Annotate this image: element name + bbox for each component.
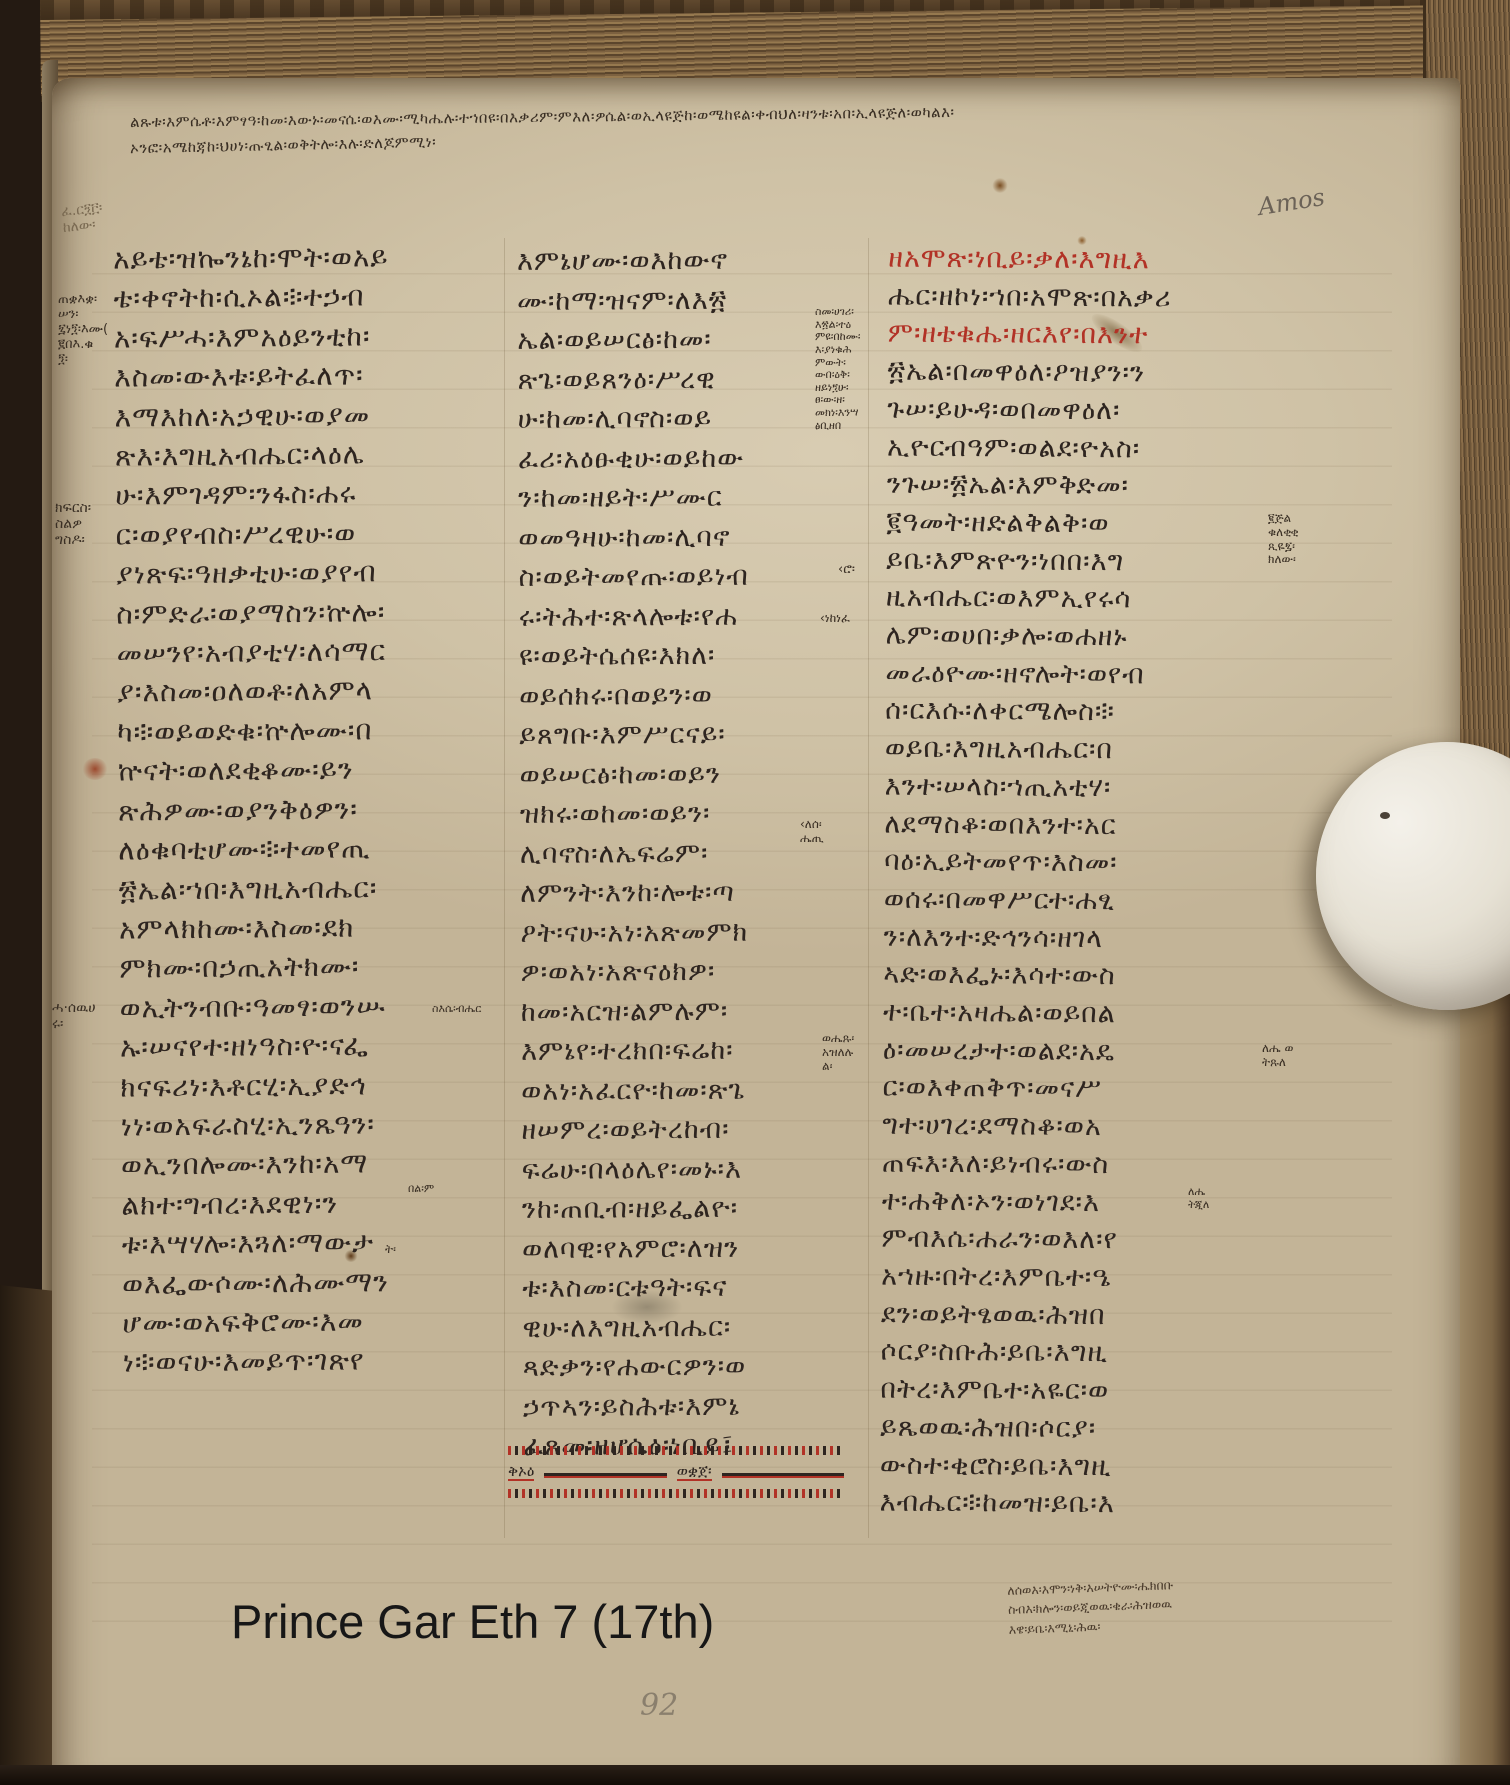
margin-note-line: ፪በእ.ቁ — [58, 338, 108, 353]
text-line: ወይሰክሩ፡በወይን፡ወ — [519, 675, 867, 716]
text-line: ኵናት፡ወለደቂቆሙ፡ይን — [117, 749, 489, 792]
caption-label: Prince Gar Eth 7 (17th) — [231, 1594, 714, 1649]
divider-label-right: ወቋጀ፡ — [677, 1464, 712, 1481]
margin-note-line: ጺዬ፯፡ — [1268, 540, 1299, 554]
text-column-1: አይቴ፡ዝኰንኔከ፡ሞት፡ወአይቴ፡ቀኖትከ፡ሲኦል፨ተኃብአ፡ፍሥሓ፡እምአዕ… — [113, 236, 495, 1382]
margin-note: በ኉ል፡ም — [408, 1183, 434, 1196]
text-line: ልክተ፡ግብረ፡እደዊነ፡ን — [121, 1182, 493, 1225]
margin-note-line: ወሔጹ፡ — [822, 1032, 854, 1046]
text-line: ፳ኤል፡በመዋዕለ፡ዖዝያን፡ን — [887, 353, 1291, 394]
margin-note-line: በ኉ል፡ም — [408, 1183, 434, 1196]
text-line: እብሔር፨ከመዝ፡ይቤ፡እ — [880, 1484, 1284, 1525]
text-line: ካ፨ወይወድቁ፡ኵሎሙ፡በ — [117, 709, 489, 752]
text-line: ባዕ፡ኢይትመየጥ፡እስመ፡ — [884, 843, 1288, 884]
glove-fleck — [1380, 812, 1390, 819]
manuscript-photo: ልጹቱ፡እምሴቶ፡እምፃዓ፡ከመ፡እውኑ፡መናሴ፡ወእሙ፡ሚካሔሉ፡ተኀበዩ፡በ… — [0, 0, 1510, 1785]
text-line: አ፡ፍሥሓ፡እምአዕይንቲከ፡ — [114, 315, 486, 358]
text-line: ወይሠርፅ፡ከመ፡ወይን — [519, 754, 867, 795]
margin-note-line: ፪ጅል — [1268, 512, 1299, 526]
text-line: አምላክከሙ፡እስመ፡ደክ — [119, 906, 491, 949]
text-line: ሌም፡ወሀበ፡ቃሎ፡ወሐዘኑ — [886, 617, 1290, 658]
margin-note-line: ውበ፡ዕቅ፡ — [815, 369, 861, 382]
text-line: ኃጥኣን፡ይስሕቱ፡እምኔ — [523, 1386, 871, 1427]
margin-note-line: ትጂለ — [1188, 1199, 1209, 1212]
column-guide-line — [504, 238, 505, 1538]
text-line: ዕ፡መሠረታተ፡ወልደ፡አዴ — [883, 1031, 1287, 1072]
margin-note-line: ቁለቂቂ — [1268, 526, 1299, 540]
text-line: ቱ፡እስመ፡ርቱዓት፡ፍና — [522, 1267, 870, 1308]
text-line: ን፡ለእንተ፡ድኅንሳ፡ዘገላ — [883, 918, 1287, 959]
text-line: እንተ፡ሠላስ፡ኀጢአቲሃ፡ — [885, 767, 1289, 808]
margin-note: ስእ዗ሴ፡ብሔር — [432, 1003, 481, 1016]
text-line: ኢዮርብዓም፡ወልደ፡ዮአስ፡ — [887, 428, 1291, 469]
divider-dot-row — [508, 1489, 844, 1498]
text-line: ሆሙ፡ወአፍቅሮሙ፡እመ — [122, 1300, 494, 1343]
margin-note: ‹ሮ፡ — [838, 563, 855, 578]
margin-note-line: ሓ·ሰዉሀ — [52, 1000, 96, 1016]
text-line: ስ፡ምድራ፡ወያማስን፡ኵሎ፡ — [116, 591, 488, 634]
text-line: ጠፍእ፡እለ፡ይነብሩ፡ውስ — [882, 1144, 1286, 1185]
text-line: ሩ፡ትሕተ፡ጽላሎቱ፡የሐ — [519, 596, 867, 637]
text-line: በትረ፡እምቤተ፡አዬር፡ወ — [880, 1371, 1284, 1412]
text-line: ዚአብሔር፡ወእምኢየሩሳ — [886, 579, 1290, 620]
text-line: ኡ፡ሠናየተ፡ዘነዓስ፡ዮ፡ናፌ — [120, 1024, 492, 1067]
margin-note-line: ለሔ቗ — [1188, 1186, 1209, 1199]
margin-note: ‹ነከነፈ — [820, 612, 850, 626]
text-line: ወመዓዛሁ፡ከመ፡ሊባኖ — [518, 517, 866, 558]
text-line: ስ፡ወይትመየጡ፡ወይነብ — [518, 556, 866, 597]
text-line: ወአነ፡አፈርዮ፡ከመ፡ጽጌ — [521, 1070, 869, 1111]
margin-note-line: ሠ዁ን፡ — [58, 308, 108, 323]
amos-pencil-note: Amos — [1256, 183, 1326, 221]
margin-note-line: ከለው፡ — [62, 216, 105, 236]
text-line: ን፡ከመ፡ዘይት፡ሥሙር — [518, 477, 866, 518]
text-line: ሁ፡እምገዳም፡ንፋስ፡ሐሩ — [115, 473, 487, 516]
text-line: ክናፍሪነ፡እቶርሂ፡ኢያድኅ — [120, 1064, 492, 1107]
margin-note: ስመ፡ሀገሪ፡እ፳ል፡ተዕምዩ፡በከሙ፡እ፡ያነቁሕምውት፡ውበ፡ዕቅ፡ዘይነ፺… — [815, 306, 861, 432]
text-line: ወይቤ፡እግዚአብሔር፡በ — [885, 730, 1289, 771]
text-column-3: ዘአሞጽ፡ነቢይ፡ቃለ፡እግዚእሔር፡ዘኮነ፡ኀበ፡አሞጽ፡በአቃሪም፡ዘቴቁሔ… — [880, 240, 1293, 1525]
text-line: ውስተ፡ቂሮስ፡ይቤ፡እግዚ — [880, 1446, 1284, 1487]
text-line: ያ፡እስመ፡ዐለወቶ፡ለአምላ — [117, 670, 489, 713]
text-line: ሁ፡ከመ፡ሊባኖስ፡ወይ — [518, 398, 866, 439]
margin-note-line: ፯ነ፺፡እሙ( — [58, 323, 108, 338]
margin-note-line: ስመ፡ሀገሪ፡ — [815, 306, 861, 319]
text-line: ዘሠምረ፡ወይትረከብ፡ — [521, 1109, 869, 1150]
text-line: ሶርያ፡ስቡሕ፡ይቤ፡እግዚ — [881, 1333, 1285, 1374]
margin-note: ለሔ ወትጹለ — [1262, 1042, 1293, 1070]
text-line: አይቴ፡ዝኰንኔከ፡ሞት፡ወአይ — [113, 236, 485, 279]
text-line: ሔር፡ዘኮነ፡ኀበ፡አሞጽ፡በአቃሪ — [888, 277, 1292, 318]
margin-note-line: እ፡ያነቁሕ — [815, 344, 861, 357]
margin-note: ፈ.ር፺፫፡ከለው፡ — [60, 200, 104, 236]
margin-note: ወሔጹ፡አዝለሉል፡ — [822, 1032, 854, 1073]
margin-note-line: ስልዎ — [55, 516, 91, 532]
folio-number-pencil: 92 — [640, 1688, 678, 1723]
margin-note-line: ‹ለሰ኏፡ — [800, 818, 824, 832]
text-line: ዎ፡ወአነ፡አጽናዕክዎ፡ — [521, 951, 869, 992]
text-line: ኤል፡ወይሠርፅ፡ከመ፡ — [517, 319, 865, 360]
text-line: ነነ፡ወአፍራስሂ፡ኢንጼዓን፡ — [121, 1103, 493, 1146]
text-line: ደን፡ወይትፄወዉ፡ሕዝበ — [881, 1295, 1285, 1336]
text-line: ፍሬሁ፡በላዕሌየ፡መኑ፡እ — [522, 1149, 870, 1190]
text-line: ከመ፡አርዝ፡ልምሉም፡ — [521, 991, 869, 1032]
text-line: መራዕዮሙ፡ዘኖሎት፡ወየብ — [885, 654, 1289, 695]
text-line: ነ፨ወናሁ፡እመይጥ፡ገጽየ — [123, 1340, 495, 1383]
text-line: ጽእ፡እግዚአብሔር፡ላዕሌ — [115, 433, 487, 476]
margin-note-line: ግስዶ፡ — [55, 532, 91, 548]
text-line: ፳ኤል፡ኀበ፡እግዚአብሔር፡ — [119, 867, 491, 910]
text-line: ፈሪ፡አዕፁቂሁ፡ወይከው — [518, 438, 866, 479]
text-line: ጽሕዎሙ፡ወያንቅዕዎን፡ — [118, 788, 490, 831]
text-line: ዩ፡ወይትሴሰዩ፡እክለ፡ — [519, 635, 867, 676]
text-line: ር፡ወያየብስ፡ሥረዊሁ፡ወ — [115, 512, 487, 555]
text-line: ቱ፡እሣሃሎ፡እጓለ፡ማውታ — [122, 1222, 494, 1265]
margin-note: ፪ጅልቁለቂቂጺዬ፯፡ክለው፡ — [1268, 512, 1299, 567]
margin-note-line: ‹ሮ፡ — [838, 563, 855, 578]
text-line: ለደማስቆ፡ወበእንተ፡አር — [884, 805, 1288, 846]
margin-note: ለሔ቗ትጂለ — [1188, 1186, 1209, 1211]
margin-note-line: ክለው፡ — [1268, 553, 1299, 567]
text-line: ኣድ፡ወእፌኑ፡እሳተ፡ውስ — [883, 956, 1287, 997]
text-line: ሙ፡ከማ፡ዝናም፡ለእ፳ — [517, 280, 865, 321]
top-marginal-note-line2: ኦንፎ፡አሜከጃከ፡ህሀነ፡ጡፂል፡ወቅትሎ፡እሉ፡ድለጆምሚነ፡ — [130, 133, 437, 157]
margin-note: ሓ·ሰዉሀሩ፡ — [52, 1000, 96, 1032]
text-line: ምክሙ፡በኃጢአትክሙ፡ — [119, 946, 491, 989]
stain — [82, 758, 108, 780]
margin-note-line: ሩ፡ — [52, 1016, 96, 1032]
margin-note-line: ስእ዗ሴ፡ብሔር — [432, 1003, 481, 1016]
text-line: ር፡ወእቀጠቅጥ፡መናሥ — [882, 1069, 1286, 1110]
margin-note: ክፍርስ፡ስልዎግስዶ፡ — [55, 500, 91, 548]
text-line: ም፡ዘቴቁሔ፡ዘርእየ፡በእንተ — [888, 315, 1292, 356]
margin-note-line: ፅቢዘበ — [815, 420, 861, 433]
text-line: ዘአሞጽ፡ነቢይ፡ቃለ፡እግዚእ — [888, 240, 1292, 281]
text-line: ጉሠ፡ይሁዳ፡ወበመዋዕለ፡ — [887, 390, 1291, 431]
margin-note-line: ጠቋእቋ፡ — [58, 293, 108, 308]
margin-note-line: ክፍርስ፡ — [55, 500, 91, 516]
text-line: ተ፡ሐቅለ፡ኦን፡ወነገደ፡እ — [882, 1182, 1286, 1223]
margin-note-line: ‹ነከነፈ — [820, 612, 850, 626]
text-line: እምኔየ፡ተረክበ፡ፍሬከ፡ — [521, 1030, 869, 1071]
margin-note: ‹ለሰ኏፡ሔጢ — [800, 818, 824, 846]
text-line: ይጼወዉ፡ሕዝበ፡ሶርያ፡ — [880, 1408, 1284, 1449]
text-line: ተ፡ቤተ፡አዛሔል፡ወይበል — [883, 994, 1287, 1035]
text-line: ሰ፡ርእሱ፡ለቀርሜሎስ፨ — [885, 692, 1289, 733]
stain — [992, 178, 1008, 193]
margin-note-line: ት፡ — [385, 1243, 396, 1257]
text-line: ጽጌ፡ወይጸንዕ፡ሥረዊ — [517, 359, 865, 400]
decorative-divider: ቅኦዕ ወቋጀ፡ — [508, 1444, 844, 1506]
text-line: ያነጽፍ፡ዓዘቃቲሁ፡ወያየብ — [116, 552, 488, 595]
text-line: አኀዙ፡በትረ፡እምቤተ፡ዔ — [881, 1258, 1285, 1299]
margin-note-line: መክነ፡እንሣ — [815, 407, 861, 420]
text-line: እስመ፡ውእቱ፡ይትፈለጥ፡ — [114, 355, 486, 398]
divider-dot-row — [508, 1446, 844, 1455]
text-line: ምብእሴ፡ሐራን፡ወእለ፡የ — [881, 1220, 1285, 1261]
margin-note-line: ትጹለ — [1262, 1056, 1293, 1070]
text-line: እምኔሆሙ፡ወእከውኖ — [517, 240, 865, 281]
text-line: ወኢንበሎሙ፡እንከ፡አማ — [121, 1143, 493, 1186]
text-line: መሠንየ፡አብያቲሃ፡ለሳማር — [116, 630, 488, 673]
text-line: እማእከለ፡አኃዊሁ፡ወያመ — [114, 394, 486, 437]
divider-label-left: ቅኦዕ — [508, 1464, 534, 1481]
margin-note-line: ለሔ ወ — [1262, 1042, 1293, 1056]
text-line: ዖት፡ናሁ፡አነ፡አጽመምክ — [520, 912, 868, 953]
book-bottom-edge — [0, 1765, 1510, 1785]
text-line: ቴ፡ቀኖትከ፡ሲኦል፨ተኃብ — [113, 276, 485, 319]
margin-note-line: ሔጢ — [800, 832, 824, 846]
margin-note-line: ል፡ — [822, 1060, 854, 1074]
text-line: ለምንት፡እንከ፡ሎቱ፡ጣ — [520, 872, 868, 913]
text-line: ንጉሠ፡፳ኤል፡እምቅድመ፡ — [887, 466, 1291, 507]
text-line: ወሰሩ፡በመዋሥርተ፡ሐፂ — [884, 881, 1288, 922]
margin-note: ት፡ — [385, 1243, 396, 1257]
top-marginal-note-line1: ልጹቱ፡እምሴቶ፡እምፃዓ፡ከመ፡እውኑ፡መናሴ፡ወእሙ፡ሚካሔሉ፡ተኀበዩ፡በ… — [130, 103, 955, 131]
text-line: ይጸግቡ፡እምሥርናይ፡ — [519, 714, 867, 755]
colophon-note: ለሰወእ፡እሞን፡ነቅ፡እሠትዮሙ፡ሔክበቡስብእ፡ክሎን፡ወይጂወዉ፡ቄራ፡ሕ… — [1007, 1575, 1175, 1639]
divider-dash — [722, 1473, 844, 1478]
divider-dash — [544, 1473, 666, 1478]
text-line: ፪ዓመት፡ዘድልቅልቅ፡ወ — [886, 504, 1290, 545]
text-line: ለዕቁባቲሆሙ፨ተመየጢ — [118, 827, 490, 870]
text-line: ግተ፡ሀገረ፡ደማስቆ፡ወአ — [882, 1107, 1286, 1148]
parchment-page: ልጹቱ፡እምሴቶ፡እምፃዓ፡ከመ፡እውኑ፡መናሴ፡ወእሙ፡ሚካሔሉ፡ተኀበዩ፡በ… — [52, 78, 1460, 1785]
text-line: ወለባዊ፡የአምሮ፡ለዝን — [522, 1228, 870, 1269]
text-line: ወእፌውሶሙ፡ለሕሙማን — [122, 1261, 494, 1304]
text-line: ዊሁ፡ለእግዚአብሔር፡ — [522, 1307, 870, 1348]
margin-note-line: ፺፡ — [58, 353, 108, 368]
margin-note: ጠቋእቋ፡ሠ዁ን፡፯ነ፺፡እሙ(፪በእ.ቁ፺፡ — [58, 293, 108, 368]
text-line: ይቤ፡እምጽዮን፡ነበበ፡እግ — [886, 541, 1290, 582]
text-line: ንከ፡ጠቢብ፡ዘይፌልዮ፡ — [522, 1188, 870, 1229]
text-line: ጻድቃን፡የሐውርዎን፡ወ — [523, 1346, 871, 1387]
margin-note-line: አዝለሉ — [822, 1046, 854, 1060]
